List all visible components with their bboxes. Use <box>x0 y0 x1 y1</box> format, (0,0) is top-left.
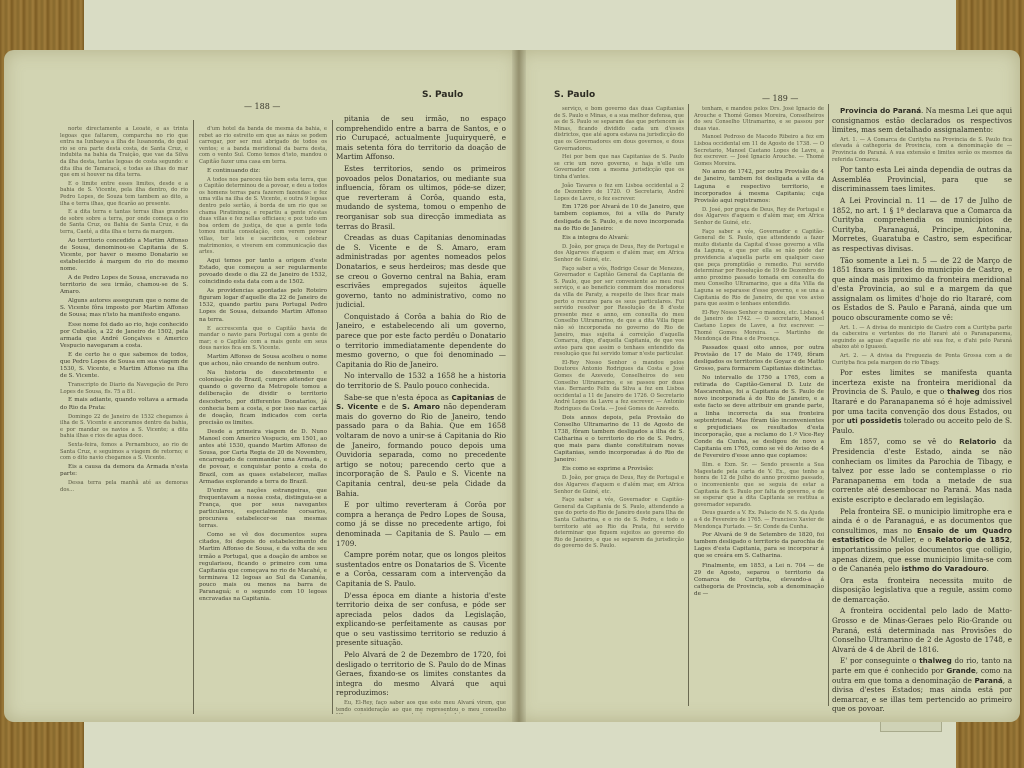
paragraph: Art. 1. — A divisa do municipio de Castr… <box>832 325 1012 351</box>
paragraph: tenham, e mandou pelos Drs. José Ignacio… <box>694 106 824 132</box>
paragraph: A de Pedro Lopes de Sousa, encravada no … <box>60 275 188 296</box>
paragraph: No intervallo de 1750 a 1765, com a reti… <box>694 375 824 460</box>
column-rule <box>828 104 829 706</box>
paragraph: Hei por bem que nas Capitanias de S. Pau… <box>554 154 684 180</box>
paragraph: Ao territorio concedido a Martim Affonso… <box>60 238 188 273</box>
paragraph: E accrescenta que o Capitão havia de man… <box>199 326 327 352</box>
book-gutter <box>512 50 526 722</box>
paragraph: Sexta-feira, fomos a Pernambuco, ao rio … <box>60 442 188 462</box>
paragraph: D. José, por graça de Deus, Rey de Portu… <box>694 207 824 227</box>
paragraph: Pela fronteira SE. o municipio limitroph… <box>832 507 1012 574</box>
paragraph: Estes territorios, sendo os primeiros po… <box>336 164 506 231</box>
column-rule <box>332 120 333 714</box>
paragraph: Creadas as duas Capitanias denominadas d… <box>336 233 506 310</box>
paragraph: Desde a primeira viagem de D. Nuno Manoe… <box>199 429 327 486</box>
column-rule <box>193 120 194 714</box>
underlying-sheet-top <box>84 0 956 52</box>
left-page-column-2: d'um hotel da banda de mesma da bahia, e… <box>199 126 327 716</box>
paragraph: Martim Affonso de Sousa acolheu o nome q… <box>199 354 327 368</box>
paragraph: Art. 1. — A Comarca de Curityba na Provi… <box>832 137 1012 163</box>
paragraph: A Lei Provincial n. 11 — de 17 de Julho … <box>832 196 1012 254</box>
paragraph: Faço saber a vós, Governador e Capitão-G… <box>694 229 824 308</box>
paragraph: A fronteira occidental pelo lado de Matt… <box>832 606 1012 654</box>
paragraph: Finalmente, em 1853, a Lei n. 704 — de 2… <box>694 563 824 598</box>
left-page-column-3: pitania de seu irmão, no espaço comprehe… <box>336 114 506 714</box>
running-head-left: S. Paulo <box>422 90 463 100</box>
paragraph: D. João, por graça de Deus, Rey de Portu… <box>554 475 684 495</box>
paragraph: Por tanto esta Lei ainda dependia de out… <box>832 165 1012 194</box>
paragraph: Conquistado á Corôa a bahia do Rio de Ja… <box>336 312 506 370</box>
paragraph: D'essa época em diante a historia d'este… <box>336 591 506 649</box>
paragraph: E por ultimo reverteram á Corôa por comp… <box>336 500 506 548</box>
paragraph: El-Rey Nosso Senhor o mandou, etc. Lisbo… <box>694 310 824 343</box>
paragraph: Art. 2. — A divisa da Freguezia de Ponta… <box>832 353 1012 366</box>
column-rule <box>688 104 689 706</box>
paragraph: serviço, e bom governo das duas Capitani… <box>554 106 684 152</box>
paragraph: Deus guarde a V. Ex. Palacio de N. S. da… <box>694 510 824 530</box>
paragraph: Dois annos depois, pela Provisão do Cons… <box>554 415 684 465</box>
paragraph: No intervallo de 1532 a 1658 he a histor… <box>336 371 506 390</box>
paragraph: Provincia do Paraná. Na mesma Lei que aq… <box>832 106 1012 135</box>
paragraph: Campre porém notar, que os longos pleito… <box>336 550 506 588</box>
paragraph: pitania de seu irmão, no espaço comprehe… <box>336 114 506 162</box>
paragraph: Dessa terra pela manhã até as demoras do… <box>60 480 188 493</box>
paragraph: E de certo he o que sabemos de todos, qu… <box>60 352 188 380</box>
left-page: — 188 — S. Paulo norte directamente a Le… <box>4 50 518 722</box>
paragraph: A todos nos pareceu tão bem esta terra, … <box>199 177 327 256</box>
paragraph: El-Rey Nosso Senhor o mandou pelos Douto… <box>554 360 684 413</box>
paragraph: Eis a integra do Alvará: <box>554 235 684 242</box>
paragraph: Faço saber a vós, Governador e Capitão-G… <box>554 497 684 550</box>
paragraph: E continuando diz: <box>199 168 327 175</box>
paragraph: D'entre as nações estrangeiras, que freq… <box>199 488 327 531</box>
paragraph: Transcripto de Diario da Navegação de Pe… <box>60 382 188 395</box>
running-head-right: S. Paulo <box>554 90 595 100</box>
paragraph: Eis como se exprime a Provisão: <box>554 466 684 473</box>
paragraph: E o limite entre esses limites, desde e … <box>60 181 188 207</box>
paragraph: D. João, por graça de Deus, Rey de Portu… <box>554 244 684 264</box>
paragraph: d'um hotel da banda de mesma da bahia, e… <box>199 126 327 166</box>
paragraph: E a dita terra e tantas terras ilhas gra… <box>60 209 188 235</box>
left-page-column-1: norte directamente a Leoaté, e as trinta… <box>60 126 188 716</box>
paragraph: Manoel Pedroso de Macedo Ribeiro a fez e… <box>694 134 824 167</box>
paragraph: Eu, El-Rey, faço saber aos que este meu … <box>336 700 506 714</box>
right-page-column-2: tenham, e mandou pelos Drs. José Ignacio… <box>694 106 824 706</box>
paragraph: Illm. e Exm. Sr. — Sendo presente a Sua … <box>694 462 824 508</box>
paragraph: Aqui temos por tanto a origem d'este Est… <box>199 258 327 286</box>
paragraph: Ora esta fronteira necessita muito de di… <box>832 576 1012 605</box>
underlying-sheet-bottom <box>84 716 956 768</box>
page-number-left: — 188 — <box>244 102 280 111</box>
paragraph: Eis a causa da demora da Armada n'esta p… <box>60 464 188 478</box>
paragraph: No anno de 1742, por outra Provisão de 4… <box>694 169 824 204</box>
paragraph: Por Alvará de 9 de Setembro de 1820, foi… <box>694 532 824 560</box>
paragraph: E' por conseguinte o thalweg do rio, tan… <box>832 656 1012 714</box>
right-page-column-1: serviço, e bom governo das duas Capitani… <box>554 106 684 706</box>
right-page-column-3: Provincia do Paraná. Na mesma Lei que aq… <box>832 106 1012 714</box>
paragraph: Domingo 22 de Janeiro de 1532 chegamos á… <box>60 414 188 440</box>
paragraph: Sabe-se que n'esta época as Capitanias d… <box>336 393 506 499</box>
paragraph: Na historia do descobrimento e colonisaç… <box>199 370 327 427</box>
paragraph: norte directamente a Leoaté, e as trinta… <box>60 126 188 179</box>
open-book: — 188 — S. Paulo norte directamente a Le… <box>4 50 1020 722</box>
paragraph: Alguns autores asseguram que o nome de S… <box>60 298 188 319</box>
paragraph: E mais adiante, quando voltava a armada … <box>60 397 188 411</box>
paragraph: Tão somente a Lei n. 5 — de 22 de Março … <box>832 256 1012 323</box>
paragraph: Esse nome foi dado ao rio, hoje conhecid… <box>60 322 188 350</box>
page-number-right: — 189 — <box>762 94 798 103</box>
paragraph: Em 1726 por Alvará de 10 de Janeiro, que… <box>554 204 684 232</box>
right-page: S. Paulo — 189 — serviço, e bom governo … <box>518 50 1020 722</box>
paragraph: João Tavares o fez em Lisboa occidental … <box>554 183 684 203</box>
paragraph: Por estes limites se manifesta quanta in… <box>832 368 1012 435</box>
paragraph: Em 1857, como se vê do Relatorio da Pres… <box>832 437 1012 504</box>
paragraph: As providencias apontadas pelo Roteiro f… <box>199 288 327 323</box>
paragraph: Faço saber a vós, Rodrigo Cesar de Menez… <box>554 266 684 358</box>
paragraph: Como se vê dos documentos supra citados,… <box>199 532 327 603</box>
paragraph: Pelo Alvará de 2 de Dezembro de 1720, fo… <box>336 650 506 698</box>
paragraph: Passados quasi oito annos, por outra Pro… <box>694 345 824 373</box>
